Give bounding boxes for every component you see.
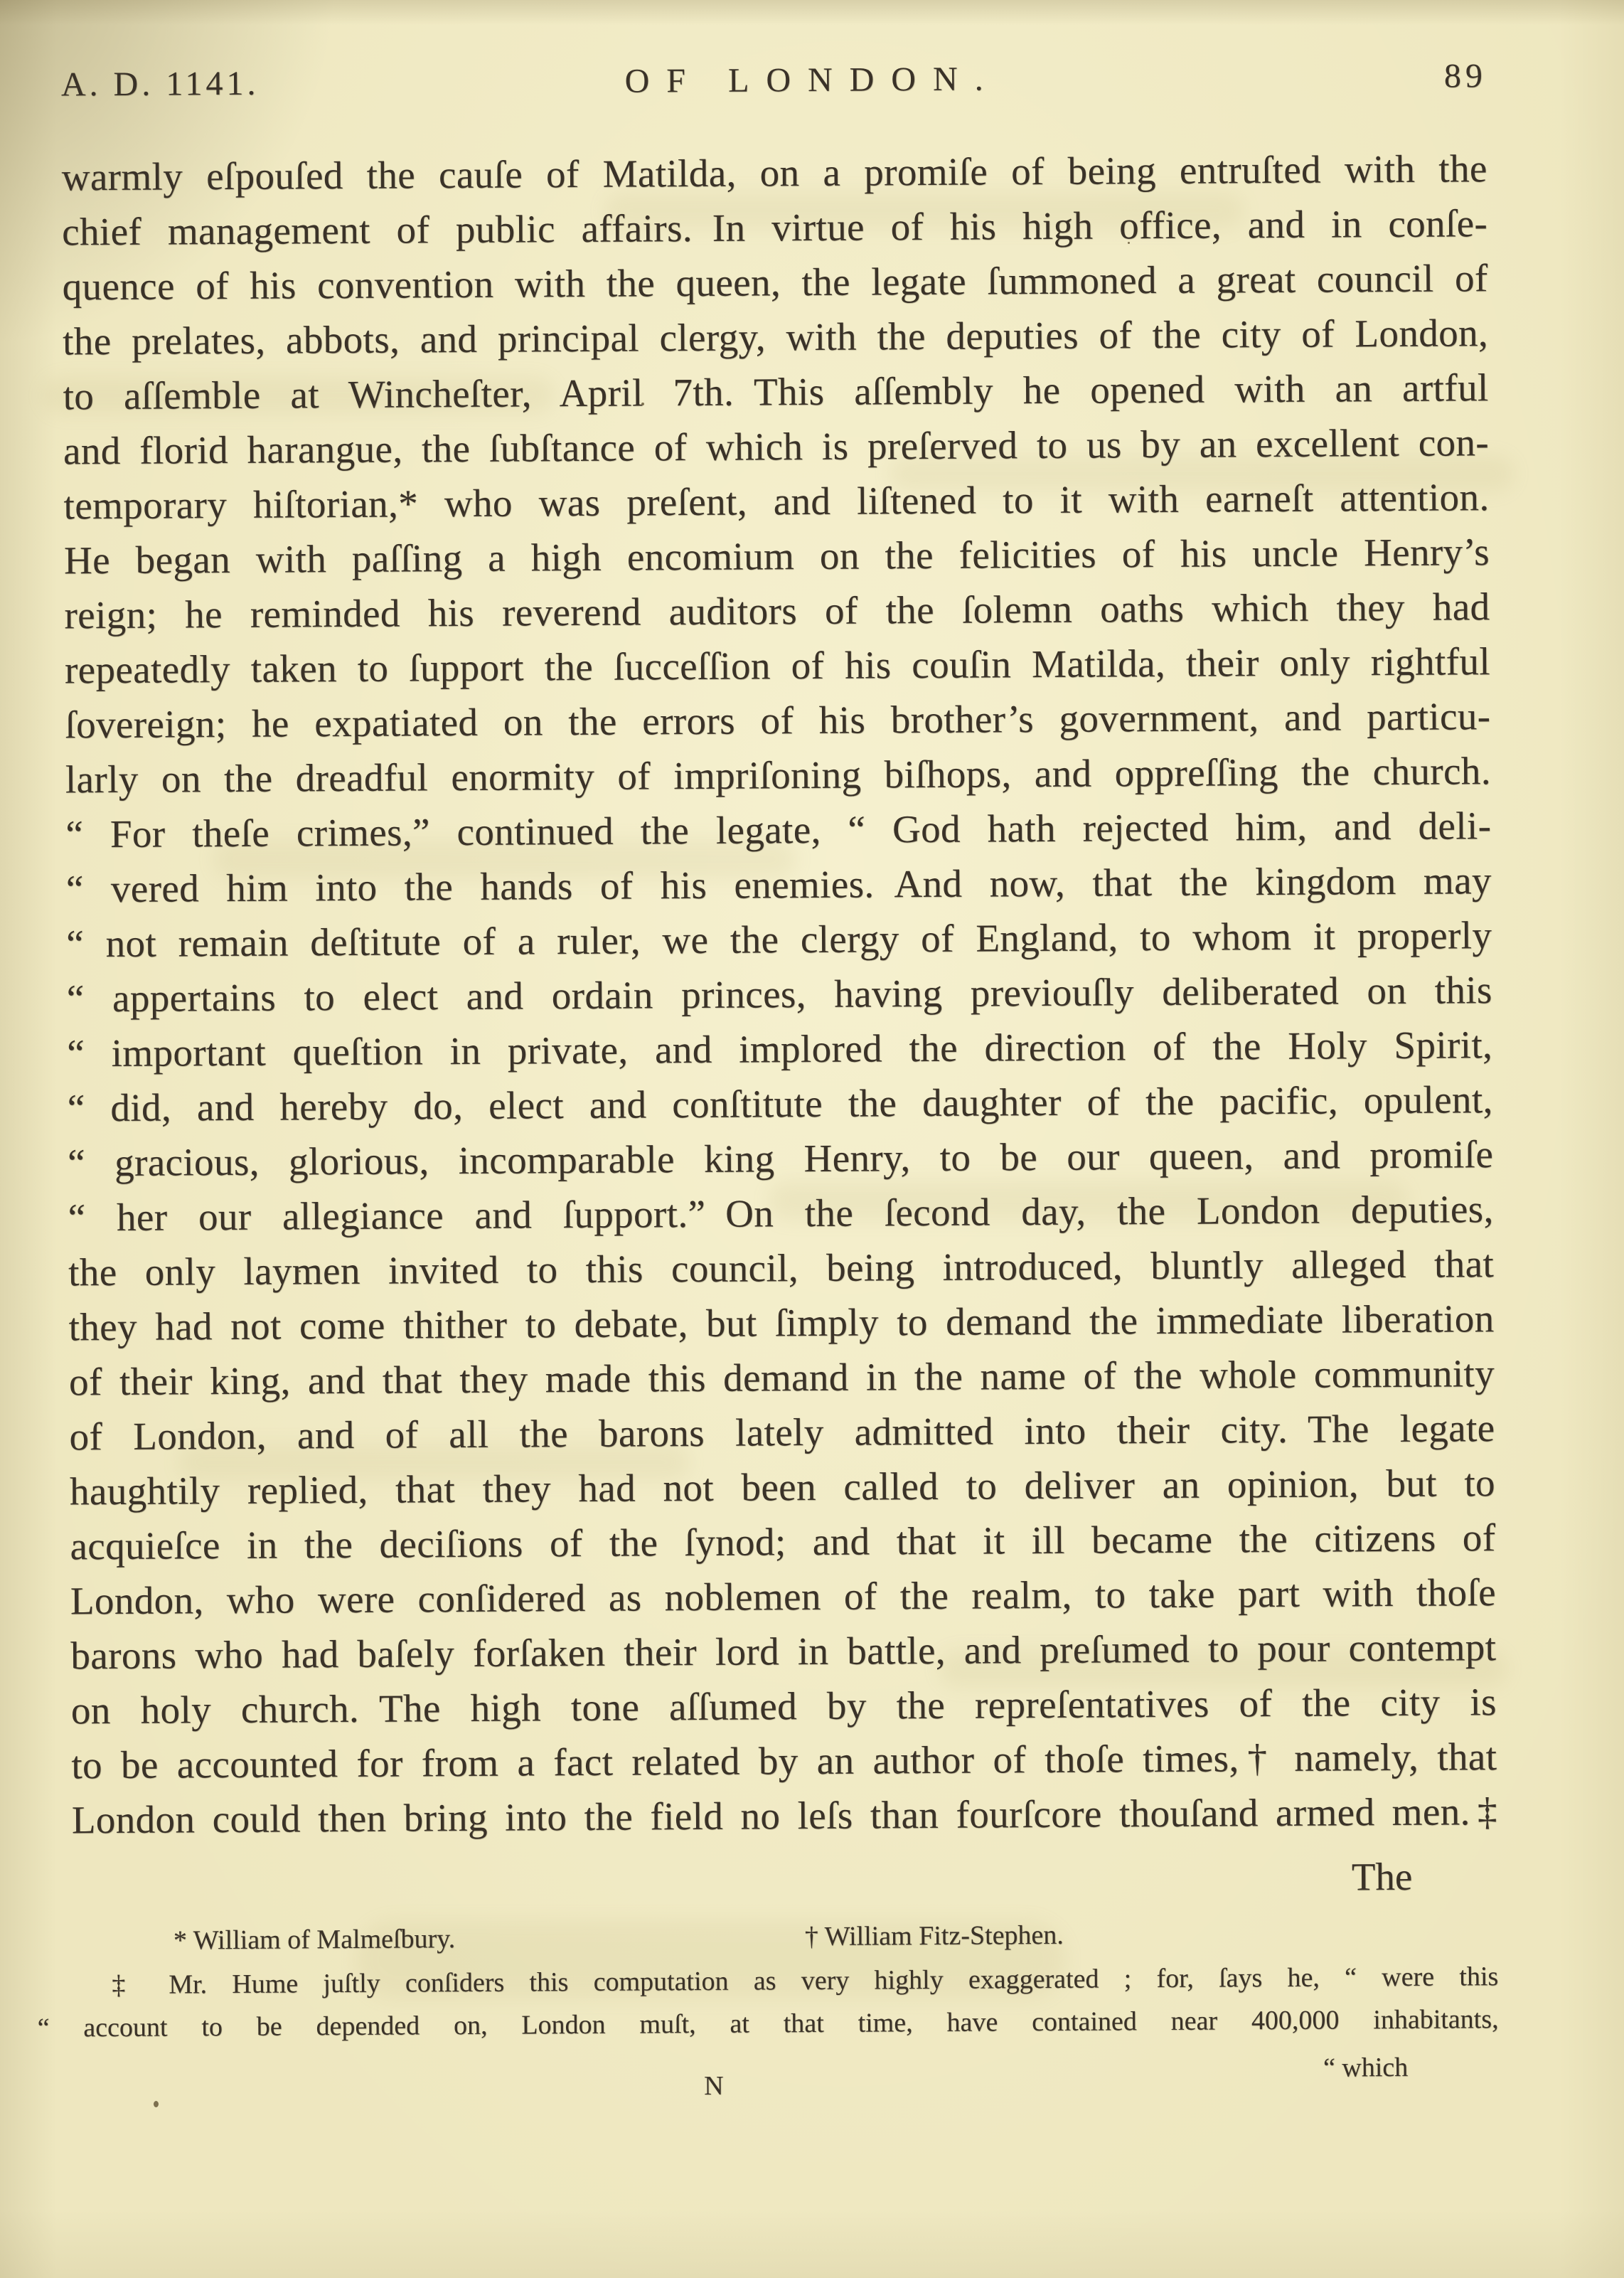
text-line: barons who had baſely forſaken their lor… — [70, 1619, 1496, 1683]
running-title: OF LONDON. — [220, 58, 1405, 103]
catchword-row: The — [72, 1854, 1497, 1907]
text-line: “ not remain deſtitute of a ruler, we th… — [66, 908, 1492, 971]
text-line: they had not come thither to debate, but… — [68, 1291, 1494, 1354]
text-line: of London, and of all the barons lately … — [69, 1400, 1495, 1464]
catchword: The — [1352, 1855, 1413, 1899]
page-number: 89 — [1444, 57, 1487, 95]
text-line: quence of his convention with the queen,… — [62, 250, 1487, 314]
page-bottom: N “ which — [73, 2049, 1500, 2125]
book-page-scan: A. D. 1141. OF LONDON. 89 warmly eſpouſe… — [0, 0, 1624, 2278]
text-line: reign; he reminded his reverend auditors… — [64, 579, 1490, 642]
text-line: of their king, and that they made this d… — [69, 1346, 1495, 1409]
footnote-source-malmesbury: * William of Malmeſbury. — [173, 1917, 456, 1962]
text-line: “ vered him into the hands of his enemie… — [66, 853, 1492, 916]
page-header: A. D. 1141. OF LONDON. 89 — [61, 57, 1487, 104]
text-line: London could then bring into the field n… — [72, 1784, 1497, 1847]
text-line: the prelates, abbots, and principal cler… — [63, 305, 1488, 368]
text-line: London, who were conſidered as noblemen … — [70, 1565, 1496, 1628]
text-line: warmly eſpouſed the cauſe of Matilda, on… — [61, 141, 1487, 204]
body-text: warmly eſpouſed the cauſe of Matilda, on… — [61, 141, 1497, 1847]
text-line: “ appertains to elect and ordain princes… — [67, 962, 1492, 1026]
text-line: to aſſemble at Wincheſter, April 7th. Th… — [63, 360, 1488, 423]
text-line: “ gracious, glorious, incomparable king … — [68, 1127, 1493, 1190]
text-line: chief management of public affairs. In v… — [62, 196, 1487, 259]
page-content: A. D. 1141. OF LONDON. 89 warmly eſpouſe… — [0, 0, 1624, 2278]
text-line: ſovereign; he expatiated on the errors o… — [65, 688, 1490, 752]
text-line: acquieſce in the deciſions of the ſynod;… — [70, 1510, 1495, 1573]
text-line: temporary hiſtorian,* who was preſent, a… — [63, 469, 1489, 533]
text-line: “ did, and hereby do, elect and conſtitu… — [67, 1072, 1492, 1135]
text-line: haughtily replied, that they had not bee… — [70, 1455, 1495, 1518]
footnotes: * William of Malmeſbury. † William Fitz-… — [73, 1911, 1499, 2049]
text-line: to be accounted for from a fact related … — [71, 1729, 1497, 1792]
text-line: He began with paſſing a high encomium on… — [64, 524, 1490, 587]
text-line: “ her our allegiance and ſupport.” On th… — [68, 1181, 1493, 1245]
footnote-hume-line-2: “ account to be depended on, London muſt… — [37, 1998, 1498, 2050]
footnote-sources-row: * William of Malmeſbury. † William Fitz-… — [73, 1911, 1498, 1964]
footnote-source-fitz-stephen: † William Fitz-Stephen. — [805, 1914, 1064, 1958]
text-line: larly on the dreadful enormity of impriſ… — [65, 743, 1491, 807]
signature-mark: N — [704, 2068, 724, 2104]
text-line: “ important queſtion in private, and imp… — [67, 1017, 1492, 1080]
text-line: the only laymen invited to this council,… — [68, 1236, 1494, 1299]
text-line: and florid harangue, the ſubſtance of wh… — [63, 415, 1489, 478]
text-line: repeatedly taken to ſupport the ſucceſſi… — [65, 634, 1490, 697]
bottom-catchword: “ which — [1323, 2050, 1409, 2086]
text-line: “ For theſe crimes,” continued the legat… — [65, 798, 1491, 861]
text-line: on holy church. The high tone aſſumed by… — [71, 1674, 1497, 1737]
